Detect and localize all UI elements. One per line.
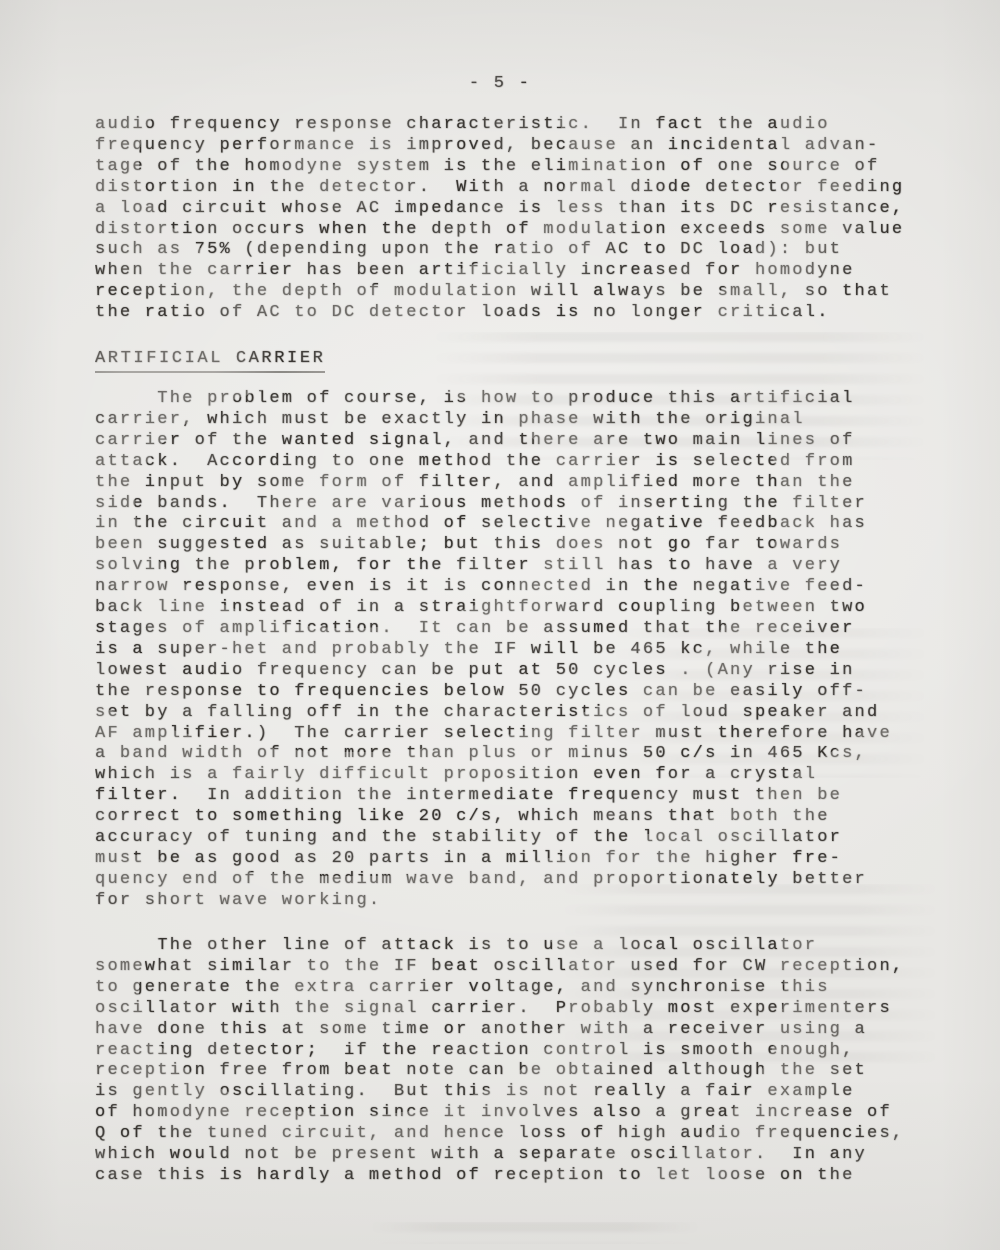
paragraph-carrier-filter-method: The problem of course, is how to produce… [95,389,892,912]
paragraph-local-oscillator-method: The other line of attack is to use a loc… [95,936,904,1187]
scanned-document-page: - 5 - audio frequency response character… [0,0,1000,1250]
paragraph-audio-frequency-response: audio frequency response characteristic.… [95,115,904,324]
section-heading-artificial-carrier: ARTIFICIAL CARRIER [95,349,325,373]
ink-bleedthrough-smudge [370,1222,700,1244]
page-number: - 5 - [0,74,1000,95]
